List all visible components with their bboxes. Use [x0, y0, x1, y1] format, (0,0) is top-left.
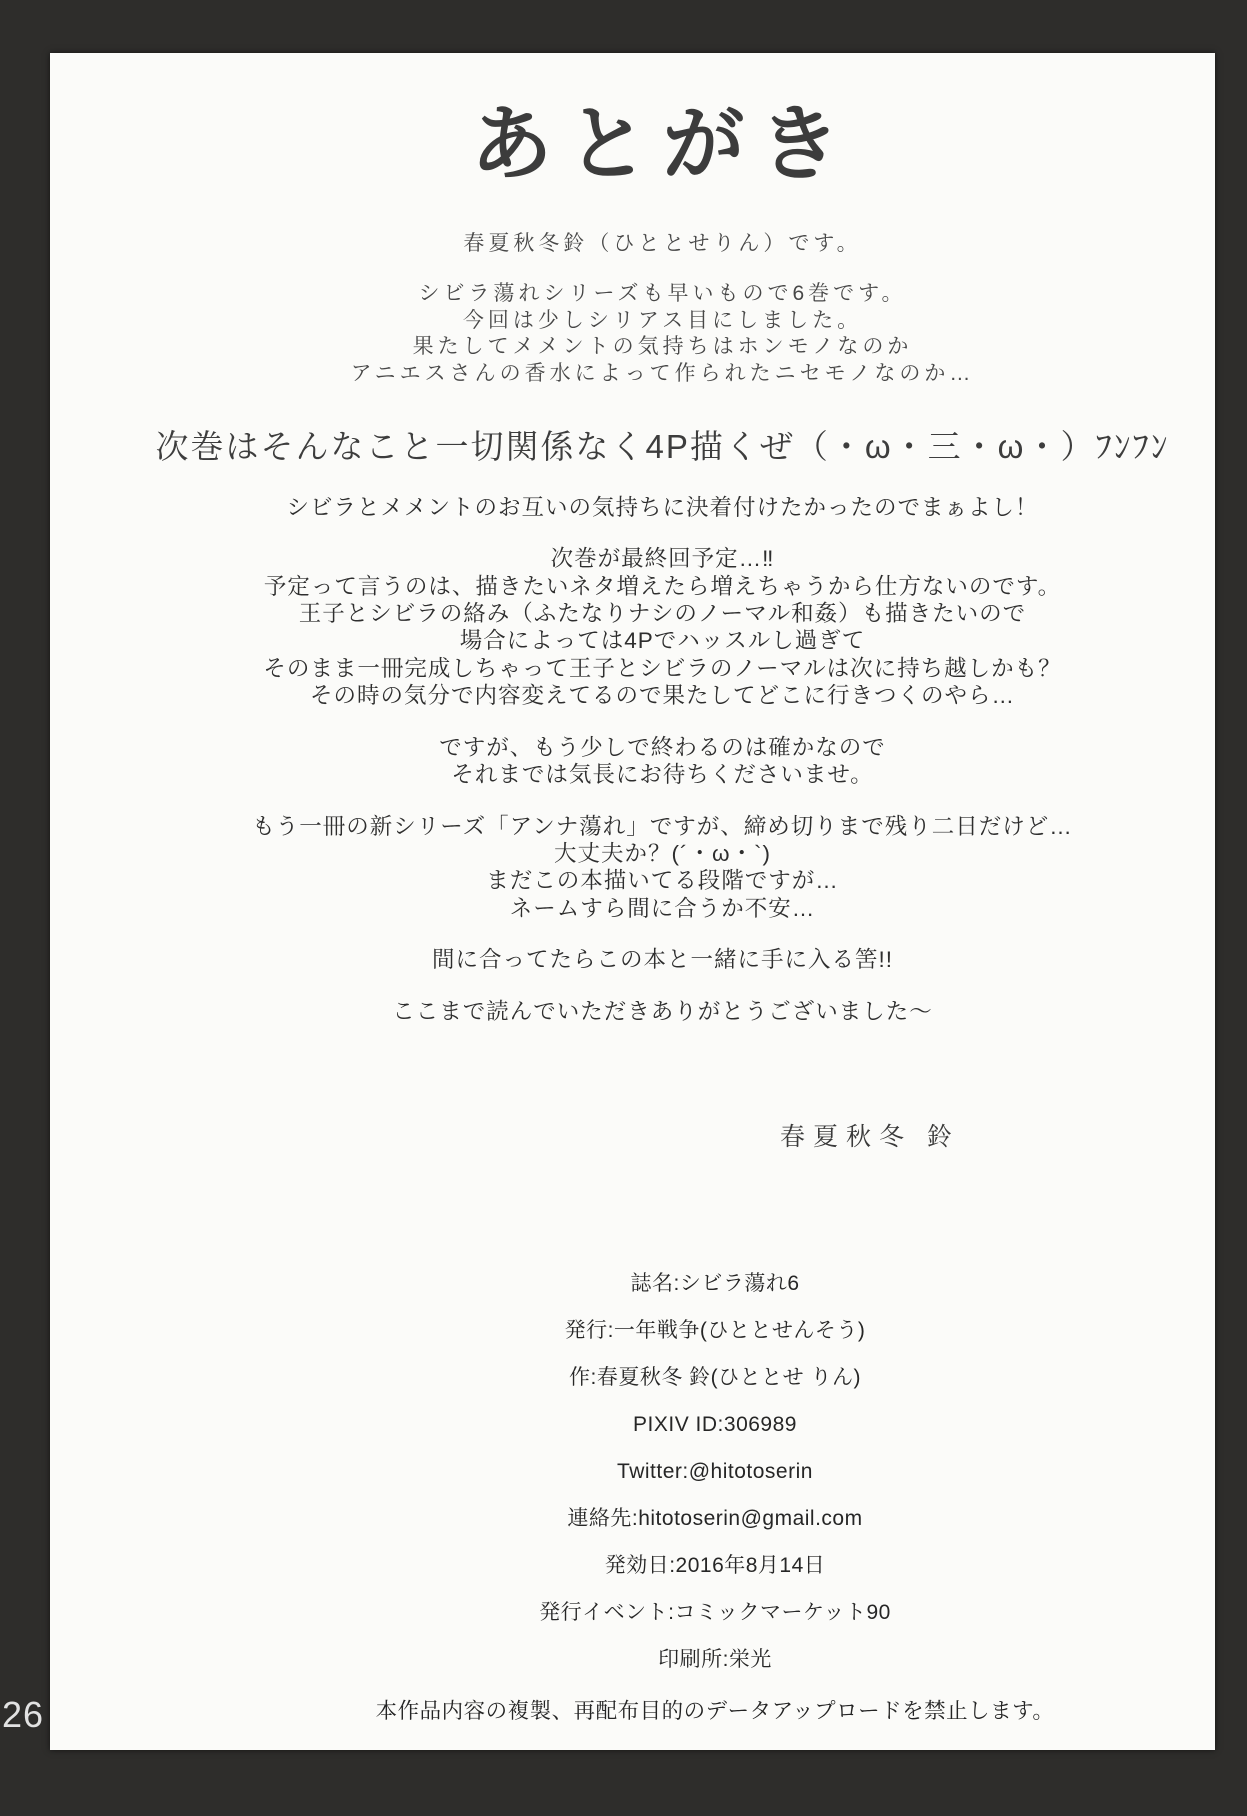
colophon-line: PIXIV ID:306989 [245, 1412, 1185, 1438]
afterword-paragraph: 次巻が最終回予定…‼予定って言うのは、描きたいネタ増えたら増えちゃうから仕方ない… [140, 545, 1185, 710]
afterword-title: あとがき [140, 99, 1185, 191]
afterword-line: ここまで読んでいただきありがとうございました～ [140, 998, 1185, 1025]
page-number: 26 [2, 1694, 44, 1736]
afterword-line: ネームすら間に合うか不安… [140, 895, 1185, 922]
colophon: 誌名:シビラ蕩れ6発行:一年戦争(ひととせんそう)作:春夏秋冬 鈴(ひととせ り… [140, 1271, 1185, 1725]
author-signature: 春夏秋冬 鈴 [140, 1117, 1185, 1153]
paper-page: あとがき 春夏秋冬鈴（ひととせりん）です。シビラ蕩れシリーズも早いもので6巻です… [50, 53, 1215, 1750]
colophon-line: 誌名:シビラ蕩れ6 [245, 1271, 1185, 1297]
afterword-line: シビラとメメントのお互いの気持ちに決着付けたかったのでまぁよし！ [140, 494, 1185, 521]
afterword-paragraph: シビラ蕩れシリーズも早いもので6巻です。今回は少しシリアス目にしました。果たして… [140, 281, 1185, 387]
afterword-line: 大丈夫か？(´・ω・`) [140, 840, 1185, 867]
colophon-line: 発行イベント:コミックマーケット90 [245, 1600, 1185, 1626]
afterword-paragraph: シビラとメメントのお互いの気持ちに決着付けたかったのでまぁよし！ [140, 494, 1185, 521]
colophon-line: 印刷所:栄光 [245, 1647, 1185, 1673]
afterword-line: 場合によっては4Pでハッスルし過ぎて [140, 627, 1185, 654]
afterword-line: 次巻が最終回予定…‼ [140, 545, 1185, 572]
afterword-line: 間に合ってたらこの本と一緒に手に入る筈!! [140, 946, 1185, 973]
afterword-body: 春夏秋冬鈴（ひととせりん）です。シビラ蕩れシリーズも早いもので6巻です。今回は少… [140, 231, 1185, 1025]
afterword-paragraph: 春夏秋冬鈴（ひととせりん）です。 [140, 231, 1185, 257]
colophon-line: 作:春夏秋冬 鈴(ひととせ りん) [245, 1365, 1185, 1391]
colophon-line: 発効日:2016年8月14日 [245, 1553, 1185, 1579]
afterword-line: もう一冊の新シリーズ「アンナ蕩れ」ですが、締め切りまで残り二日だけど… [140, 813, 1185, 840]
colophon-line: 連絡先:hitotoserin@gmail.com [245, 1506, 1185, 1532]
copyright-notice: 本作品内容の複製、再配布目的のデータアップロードを禁止します。 [245, 1694, 1185, 1725]
afterword-line: それまでは気長にお待ちくださいませ。 [140, 761, 1185, 788]
afterword-line: その時の気分で内容変えてるので果たしてどこに行きつくのやら… [140, 682, 1185, 709]
afterword-line: 王子とシビラの絡み（ふたなりナシのノーマル和姦）も描きたいので [140, 600, 1185, 627]
afterword-paragraph: 次巻はそんなこと一切関係なく4P描くぜ（・ω・三・ω・）ﾌﾝﾌﾝ [140, 425, 1185, 470]
afterword-line: 予定って言うのは、描きたいネタ増えたら増えちゃうから仕方ないのです。 [140, 573, 1185, 600]
afterword-paragraph: 間に合ってたらこの本と一緒に手に入る筈!! [140, 946, 1185, 973]
afterword-line: 果たしてメメントの気持ちはホンモノなのか [140, 334, 1185, 360]
scanned-page-background: { "colors": { "scanner_background": "#2e… [0, 0, 1247, 1816]
afterword-paragraph: ここまで読んでいただきありがとうございました～ [140, 998, 1185, 1025]
afterword-paragraph: ですが、もう少しで終わるのは確かなのでそれまでは気長にお待ちくださいませ。 [140, 734, 1185, 789]
afterword-line: 今回は少しシリアス目にしました。 [140, 308, 1185, 334]
afterword-line: まだこの本描いてる段階ですが… [140, 867, 1185, 894]
afterword-paragraph: もう一冊の新シリーズ「アンナ蕩れ」ですが、締め切りまで残り二日だけど…大丈夫か？… [140, 813, 1185, 923]
afterword-line: アニエスさんの香水によって作られたニセモノなのか… [140, 361, 1185, 387]
colophon-line: 発行:一年戦争(ひととせんそう) [245, 1318, 1185, 1344]
colophon-line: Twitter:@hitotoserin [245, 1459, 1185, 1485]
afterword-line: 春夏秋冬鈴（ひととせりん）です。 [140, 231, 1185, 257]
afterword-line: 次巻はそんなこと一切関係なく4P描くぜ（・ω・三・ω・）ﾌﾝﾌﾝ [140, 425, 1185, 470]
afterword-line: そのまま一冊完成しちゃって王子とシビラのノーマルは次に持ち越しかも？ [140, 655, 1185, 682]
afterword-line: ですが、もう少しで終わるのは確かなので [140, 734, 1185, 761]
afterword-line: シビラ蕩れシリーズも早いもので6巻です。 [140, 281, 1185, 307]
